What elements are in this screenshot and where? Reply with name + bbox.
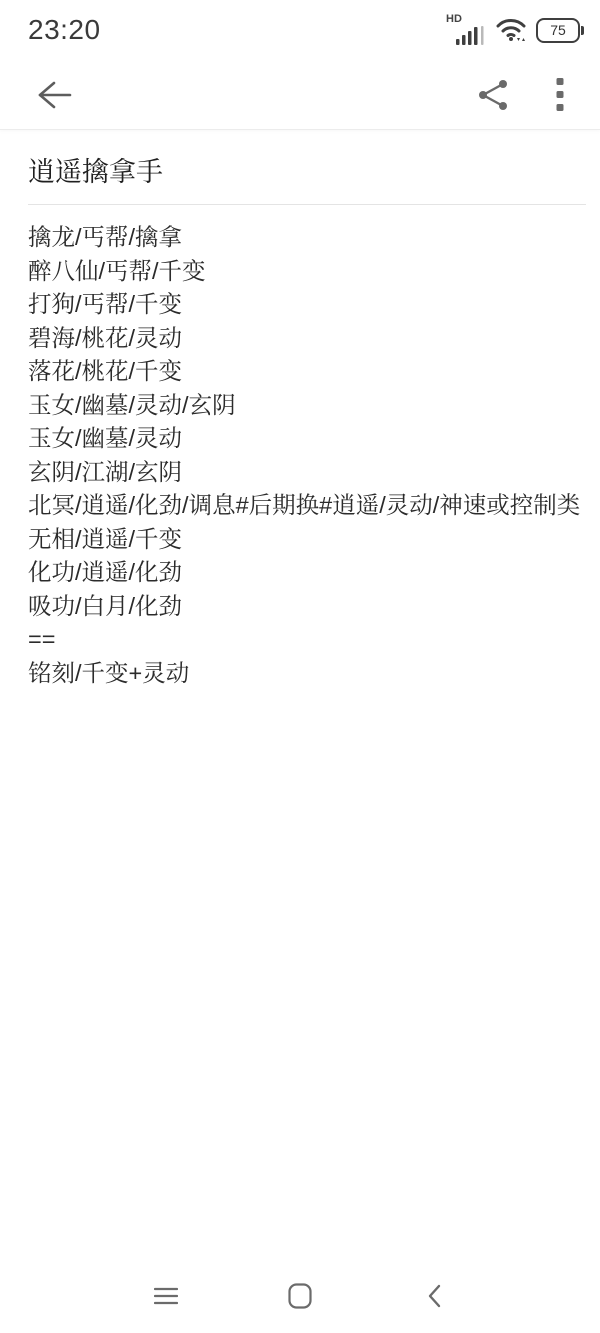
cell-signal-icon: HD: [446, 14, 486, 46]
list-item: 碧海/桃花/灵动: [28, 322, 572, 356]
back-button[interactable]: [30, 76, 76, 114]
nav-inner: [99, 1266, 501, 1326]
list-item: 擒龙/丐帮/擒拿: [28, 221, 572, 255]
signal-bars-icon: [456, 26, 486, 45]
clock-text: 23:20: [28, 14, 101, 46]
home-square-icon: [288, 1283, 312, 1309]
menu-button[interactable]: [552, 74, 568, 116]
list-item: ==: [28, 623, 572, 657]
list-item: 落花/桃花/千变: [28, 355, 572, 389]
chevron-left-icon: [427, 1284, 441, 1308]
wifi-icon: [496, 17, 526, 43]
back-arrow-icon: [34, 80, 72, 110]
list-item: 玉女/幽墓/灵动: [28, 422, 572, 456]
list-item: 玄阴/江湖/玄阴: [28, 456, 572, 490]
share-icon: [478, 79, 508, 111]
nav-bar: [0, 1259, 600, 1333]
list-item: 化功/逍遥/化劲: [28, 556, 572, 590]
kebab-menu-icon: [556, 78, 564, 112]
page-title: 逍遥擒拿手: [28, 156, 572, 188]
toolbar-actions: [474, 74, 568, 116]
battery-nub: [581, 26, 585, 35]
hd-label: HD: [446, 14, 462, 25]
battery-level: 75: [550, 22, 566, 38]
list-item: 玉女/幽墓/灵动/玄阴: [28, 389, 572, 423]
list-item: 打狗/丐帮/千变: [28, 288, 572, 322]
recents-hamburger-icon: [154, 1287, 178, 1305]
title-divider: [28, 204, 586, 205]
share-button[interactable]: [474, 75, 512, 115]
toolbar: [0, 60, 600, 130]
back-nav-button[interactable]: [367, 1266, 501, 1326]
list-item: 无相/逍遥/千变: [28, 523, 572, 557]
list-item: 吸功/白月/化劲: [28, 590, 572, 624]
status-icons: HD 75: [446, 14, 580, 46]
recents-button[interactable]: [99, 1266, 233, 1326]
content-list: 擒龙/丐帮/擒拿醉八仙/丐帮/千变打狗/丐帮/千变碧海/桃花/灵动落花/桃花/千…: [28, 221, 572, 690]
list-item: 醉八仙/丐帮/千变: [28, 255, 572, 289]
list-item: 北冥/逍遥/化劲/调息#后期换#逍遥/灵动/神速或控制类: [28, 489, 572, 523]
status-bar: 23:20 HD 75: [0, 0, 600, 60]
battery-icon: 75: [536, 18, 580, 43]
home-button[interactable]: [233, 1266, 367, 1326]
note-content: 逍遥擒拿手 擒龙/丐帮/擒拿醉八仙/丐帮/千变打狗/丐帮/千变碧海/桃花/灵动落…: [0, 156, 600, 690]
list-item: 铭刻/千变+灵动: [28, 657, 572, 691]
